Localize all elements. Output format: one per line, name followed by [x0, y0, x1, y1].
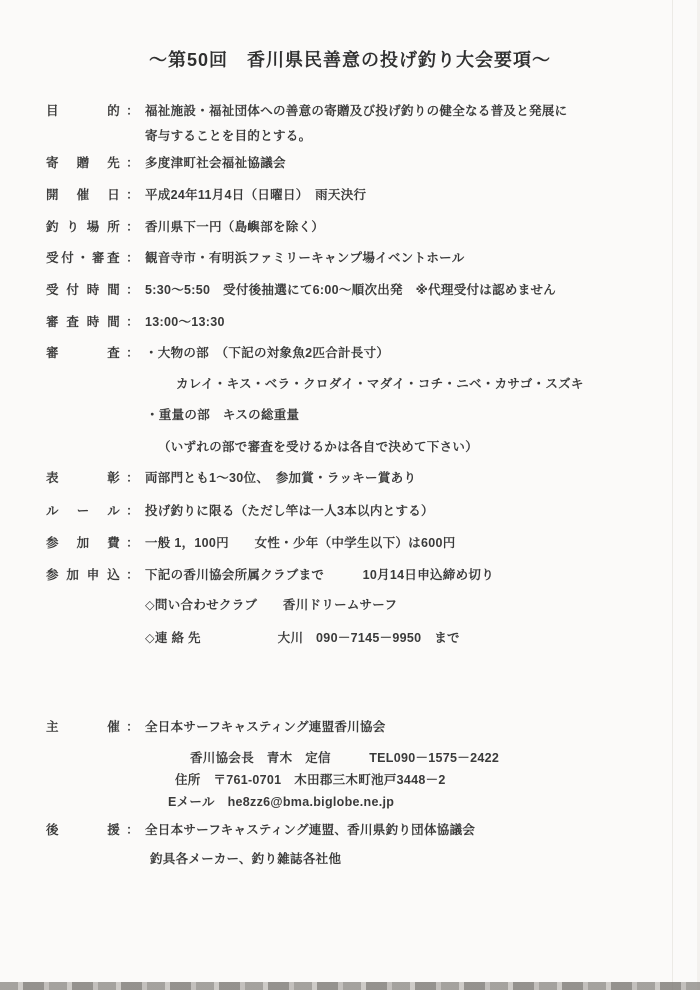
- field-label-judging: 審査: [46, 345, 120, 361]
- field-label-entry-fee: 参加費: [46, 535, 120, 551]
- colon-separator: ：: [120, 470, 145, 486]
- field-value-awards: 両部門とも1～30位、 参加賞・ラッキー賞あり: [145, 470, 416, 486]
- field-value-supporters: 全日本サーフキャスティング連盟、香川県釣り団体協議会: [145, 822, 475, 838]
- colon-separator: ：: [120, 503, 145, 519]
- field-label-reception-time: 受付時間: [46, 282, 120, 298]
- field-value-donation-recipient: 多度津町社会福祉協議会: [145, 155, 286, 171]
- row-judging-time: 審査時間 ： 13:00～13:30: [46, 314, 225, 330]
- scanned-document-page: ～第50回 香川県民善意の投げ釣り大会要項～ 目的 ： 福祉施設・福祉団体への善…: [0, 0, 700, 990]
- row-judging: 審査 ： ・大物の部 （下記の対象魚2匹合計長寸）: [46, 345, 389, 361]
- row-rules: ルール ： 投げ釣りに限る（ただし竿は一人3本以内とする）: [46, 503, 434, 519]
- field-value-entry-fee: 一般 1，100円 女性・少年（中学生以下）は600円: [145, 535, 456, 551]
- row-organizer: 主催 ： 全日本サーフキャスティング連盟香川協会: [46, 719, 386, 735]
- colon-separator: ：: [120, 822, 145, 838]
- inquiry-club-line: ◇問い合わせクラブ 香川ドリームサーフ: [145, 597, 397, 613]
- field-label-supporters: 後援: [46, 822, 120, 838]
- colon-separator: ：: [120, 187, 145, 203]
- row-supporters: 後援 ： 全日本サーフキャスティング連盟、香川県釣り団体協議会: [46, 822, 475, 838]
- colon-separator: ：: [120, 219, 145, 235]
- row-application: 参加申込 ： 下記の香川協会所属クラブまで 10月14日申込締め切り: [46, 567, 494, 583]
- field-label-event-date: 開催日: [46, 187, 120, 203]
- field-label-reception-judging-venue: 受付・審査: [46, 250, 120, 266]
- organizer-address-line: 住所 〒761-0701 木田郡三木町池戸3448－2: [175, 772, 446, 788]
- contact-line: ◇連 絡 先 大川 090－7145－9950 まで: [145, 630, 460, 646]
- judging-weight-division-line: ・重量の部 キスの総重量: [146, 407, 299, 423]
- row-donation-recipient: 寄贈先 ： 多度津町社会福祉協議会: [46, 155, 286, 171]
- field-value-event-date: 平成24年11月4日（日曜日） 雨天決行: [145, 187, 366, 203]
- field-label-donation-recipient: 寄贈先: [46, 155, 120, 171]
- page-title: ～第50回 香川県民善意の投げ釣り大会要項～: [0, 46, 700, 72]
- colon-separator: ：: [120, 155, 145, 171]
- supporters-extra-line: 釣具各メーカー、釣り雑誌各社他: [150, 851, 341, 867]
- field-label-awards: 表彰: [46, 470, 120, 486]
- field-value-reception-judging-venue: 観音寺市・有明浜ファミリーキャンプ場イベントホール: [145, 250, 465, 266]
- field-label-application: 参加申込: [46, 567, 120, 583]
- colon-separator: ：: [120, 535, 145, 551]
- row-event-date: 開催日 ： 平成24年11月4日（日曜日） 雨天決行: [46, 187, 366, 203]
- colon-separator: ：: [120, 345, 145, 361]
- organizer-email-line: Eメール he8zz6@bma.biglobe.ne.jp: [168, 794, 394, 810]
- row-reception-judging-venue: 受付・審査 ： 観音寺市・有明浜ファミリーキャンプ場イベントホール: [46, 250, 465, 266]
- field-value-reception-time: 5:30～5:50 受付後抽選にて6:00～順次出発 ※代理受付は認めません: [145, 282, 556, 298]
- field-label-judging-time: 審査時間: [46, 314, 120, 330]
- organizer-chairman-line: 香川協会長 青木 定信 TEL090－1575－2422: [190, 750, 499, 766]
- field-value-judging: ・大物の部 （下記の対象魚2匹合計長寸）: [145, 345, 389, 361]
- row-entry-fee: 参加費 ： 一般 1，100円 女性・少年（中学生以下）は600円: [46, 535, 456, 551]
- scan-edge-line: [672, 0, 673, 990]
- field-value-rules: 投げ釣りに限る（ただし竿は一人3本以内とする）: [145, 503, 434, 519]
- field-value-application: 下記の香川協会所属クラブまで 10月14日申込締め切り: [145, 567, 494, 583]
- row-purpose: 目的 ： 福祉施設・福祉団体への善意の寄贈及び投げ釣りの健全なる普及と発展に: [46, 103, 567, 119]
- field-label-organizer: 主催: [46, 719, 120, 735]
- judging-note-line: （いずれの部で審査を受けるかは各自で決めて下さい）: [158, 439, 478, 455]
- field-label-purpose: 目的: [46, 103, 120, 119]
- field-value-fishing-area: 香川県下一円（島嶼部を除く）: [145, 219, 324, 235]
- field-label-rules: ルール: [46, 503, 120, 519]
- purpose-line-2: 寄与することを目的とする。: [145, 128, 311, 144]
- row-awards: 表彰 ： 両部門とも1～30位、 参加賞・ラッキー賞あり: [46, 470, 416, 486]
- colon-separator: ：: [120, 103, 145, 119]
- row-reception-time: 受付時間 ： 5:30～5:50 受付後抽選にて6:00～順次出発 ※代理受付は…: [46, 282, 556, 298]
- colon-separator: ：: [120, 719, 145, 735]
- field-value-purpose: 福祉施設・福祉団体への善意の寄贈及び投げ釣りの健全なる普及と発展に: [145, 103, 567, 119]
- colon-separator: ：: [120, 250, 145, 266]
- field-value-organizer: 全日本サーフキャスティング連盟香川協会: [145, 719, 386, 735]
- scan-edge-bottom-band: [0, 982, 700, 990]
- field-label-fishing-area: 釣り場所: [46, 219, 120, 235]
- judging-target-fish-line: カレイ・キス・ベラ・クロダイ・マダイ・コチ・ニベ・カサゴ・スズキ: [176, 376, 584, 392]
- field-value-judging-time: 13:00～13:30: [145, 314, 225, 330]
- colon-separator: ：: [120, 567, 145, 583]
- row-fishing-area: 釣り場所 ： 香川県下一円（島嶼部を除く）: [46, 219, 324, 235]
- colon-separator: ：: [120, 314, 145, 330]
- colon-separator: ：: [120, 282, 145, 298]
